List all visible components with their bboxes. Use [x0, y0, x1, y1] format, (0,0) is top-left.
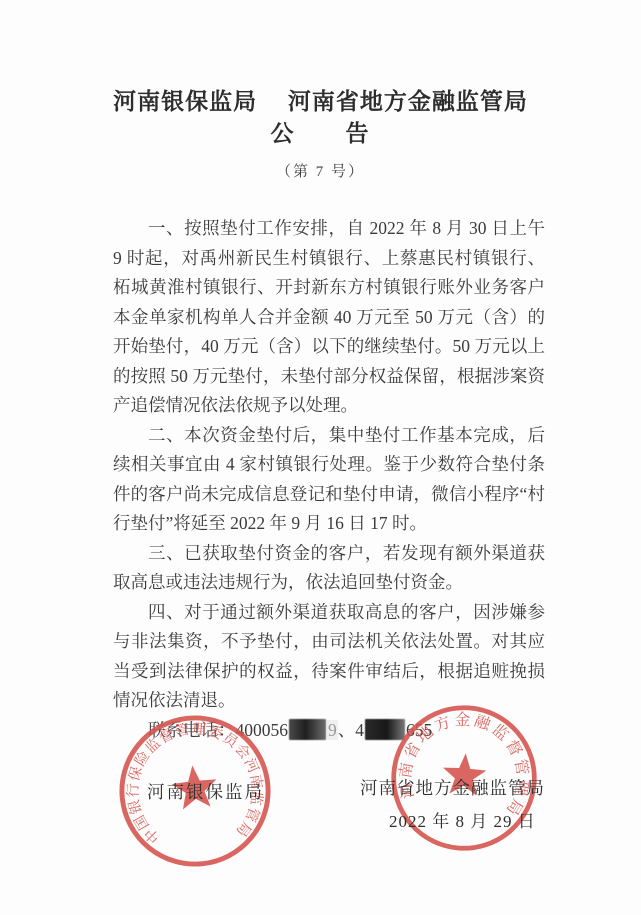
redaction-box [289, 719, 326, 740]
signature-date: 2022 年 8 月 29 日 [389, 807, 536, 832]
document-title: 河南银保监局 河南省地方金融监管局 [0, 88, 641, 115]
paragraph-2: 二、本次资金垫付后，集中垫付工作基本完成，后续相关事宜由 4 家村镇银行处理。鉴… [113, 421, 545, 539]
document-subtitle: 公 告 [0, 120, 641, 147]
phone-separator: 、 [338, 720, 356, 740]
phone2-start: 4 [355, 720, 364, 740]
announcement-document: 河南银保监局 河南省地方金融监管局 公 告 （第 7 号） 一、按照垫付工作安排… [0, 0, 641, 915]
paragraph-1: 一、按照垫付工作安排，自 2022 年 8 月 30 日上午 9 时起，对禹州新… [113, 214, 545, 421]
paragraph-4: 四、对于通过额外渠道获取高息的客户，因涉嫌参与非法集资，不予垫付，由司法机关依法… [113, 598, 545, 716]
document-header: 河南银保监局 河南省地方金融监管局 公 告 （第 7 号） [0, 88, 641, 181]
signature-right-agency: 河南省地方金融监管局 [360, 775, 545, 800]
document-body: 一、按照垫付工作安排，自 2022 年 8 月 30 日上午 9 时起，对禹州新… [113, 214, 545, 745]
document-number: （第 7 号） [0, 160, 641, 181]
signature-left-agency: 河南银保监局 [147, 779, 264, 804]
phone1-end: 9 [327, 720, 338, 740]
paragraph-3: 三、已获取垫付资金的客户，若发现有额外渠道获取高息或违法违规行为，依法追回垫付资… [113, 539, 545, 598]
